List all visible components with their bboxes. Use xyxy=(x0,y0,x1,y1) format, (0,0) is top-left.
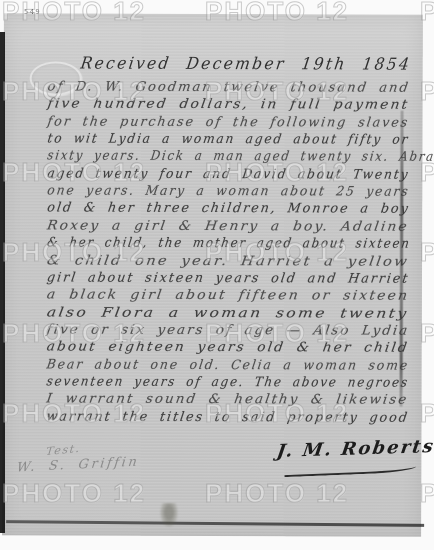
handwritten-line: & child one year. Harriet a yellow xyxy=(46,253,410,269)
handwritten-line: about eighteen years old & her child xyxy=(46,340,410,356)
handwritten-line: old & her three children, Monroe a boy xyxy=(46,201,411,217)
handwritten-line: girl about sixteen years old and Harriet xyxy=(46,270,410,286)
handwritten-line: of D. W. Goodman twelve thousand and xyxy=(47,79,411,95)
handwritten-line: one years. Mary a woman about 25 years xyxy=(46,184,410,200)
handwritten-line: I warrant sound & healthy & likewise xyxy=(45,392,409,408)
photo12-watermark-text: PHOTO 12 xyxy=(420,398,434,429)
handwritten-line: also Flora a woman some twenty xyxy=(46,305,410,321)
ink-smudge xyxy=(160,503,178,527)
photo12-watermark-text: PHOTO 12 xyxy=(420,318,434,349)
handwritten-line: & her child, the mother aged about sixte… xyxy=(46,236,412,252)
photo12-watermark-text: PHOTO 12 xyxy=(420,478,434,509)
attest-label: Test. xyxy=(45,442,81,458)
attest-witness-signature: W. S. Griffin xyxy=(16,455,140,476)
handwritten-line: Bear about one old. Celia a woman some xyxy=(46,357,410,373)
paper-bottom-edge-shadow xyxy=(6,520,424,527)
handwritten-line: for the purchase of the following slaves xyxy=(46,114,410,130)
handwritten-body: of D. W. Goodman twelve thousand andfive… xyxy=(4,13,423,14)
handwritten-line: sixty years. Dick a man aged twenty six.… xyxy=(46,149,434,165)
handwritten-line: five hundred dollars, in full payment xyxy=(47,97,411,113)
handwritten-line: seventeen years of age. The above negroe… xyxy=(46,374,410,390)
handwritten-line: warrant the titles to said property good xyxy=(45,409,409,425)
document-photo: Received December 19th 1854 of D. W. Goo… xyxy=(2,13,423,536)
handwritten-line: aged twenty four and David about Twenty xyxy=(46,166,410,182)
corner-stamp: 549 xyxy=(24,8,41,16)
signature-flourish-underline xyxy=(284,463,416,477)
film-edge-strip xyxy=(0,32,5,533)
handwritten-heading: Received December 19th 1854 xyxy=(79,54,412,74)
archival-photo-page: { "watermark": { "text": "PHOTO 12" }, "… xyxy=(0,0,434,550)
handwritten-line: a black girl about fifteen or sixteen xyxy=(46,288,410,304)
handwritten-line: five or six years of age — Also Lydia xyxy=(46,322,411,338)
handwritten-line: Roxey a girl & Henry a boy. Adaline xyxy=(46,218,410,234)
signature: J. M. Roberts xyxy=(275,436,434,462)
handwritten-line: to wit Lydia a woman aged about fifty or xyxy=(46,131,410,147)
